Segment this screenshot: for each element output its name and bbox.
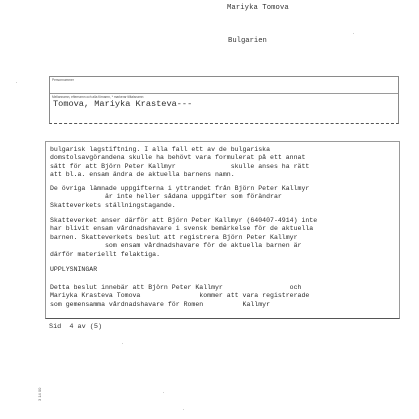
paragraph-other-info: De övriga lämnade uppgifterna i yttrande…	[50, 185, 309, 210]
name-field: Mellannamn, efternamn och alla förnamn, …	[50, 94, 398, 125]
decision-text-box: bulgarisk lagstiftning. I alla fall ett …	[45, 141, 400, 319]
identity-box: Personnummer Mellannamn, efternamn och a…	[49, 76, 399, 124]
paragraph-legislation: bulgarisk lagstiftning. I alla fall ett …	[50, 146, 309, 180]
recipient-name: Mariyka Tomova	[227, 4, 289, 12]
paragraph-decision-effect: Detta beslut innebär att Björn Peter Kal…	[50, 284, 309, 309]
recipient-country: Bulgarien	[228, 37, 267, 45]
scan-speck	[122, 343, 123, 344]
page-indicator: Sid 4 av (5)	[49, 323, 102, 331]
scan-speck	[183, 409, 184, 410]
side-stamp: 3 14 00	[37, 388, 42, 401]
scan-speck	[163, 392, 164, 393]
section-heading-upplysningar: UPPLYSNINGAR	[50, 266, 97, 274]
personnummer-field: Personnummer	[50, 77, 398, 94]
scan-speck	[16, 82, 17, 83]
full-name-value: Tomova, Mariyka Krasteva---	[53, 99, 192, 109]
scan-speck	[353, 33, 354, 34]
personnummer-label: Personnummer	[52, 78, 74, 82]
paragraph-conclusion: Skatteverket anser därför att Björn Pete…	[50, 217, 317, 259]
